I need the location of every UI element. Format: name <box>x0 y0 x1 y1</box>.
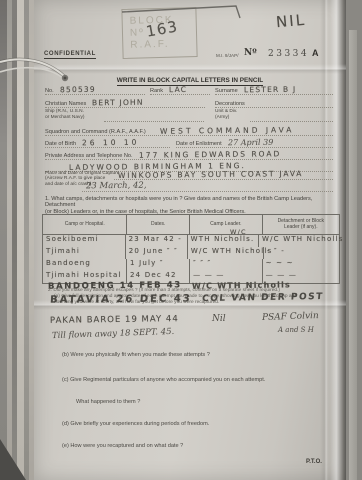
document-photo: BLOCK Nº R.A.F. 163 NIL CONFIDENTIAL M.I… <box>0 0 362 480</box>
question-2e: (e) How were you recaptured and on what … <box>62 443 183 449</box>
pencil-bracket-mark <box>118 0 258 22</box>
field-value-handwritten: LAC <box>169 85 187 94</box>
page-edge <box>349 30 357 480</box>
field-label-line: or Merchant Navy) <box>45 115 84 121</box>
col-header-text: Camp or Hospital. <box>65 222 105 228</box>
table-row: Bandoeng 1 July ″ ″ ″ ″ ~ ~ ~ <box>43 259 339 271</box>
field-value-handwritten: 177 KING EDWARDS ROAD <box>139 149 281 159</box>
cell-camp: Bandoeng <box>43 259 127 271</box>
field-private-address: Private Address and Telephone No. 177 KI… <box>45 148 333 160</box>
cell-camp-leader: W/C WTH Nicholls <box>188 247 264 259</box>
field-unit-label: Unit & Div. (Army) <box>215 109 237 120</box>
field-label: Private Address and Telephone No. <box>45 153 133 159</box>
field-label: Rank <box>150 88 163 94</box>
field-label-line: Unit & Div. <box>215 109 237 115</box>
field-rank: Rank LAC <box>150 83 210 95</box>
handwritten-leader-name: PSAF Colvin <box>262 311 319 323</box>
field-value-handwritten: WINKOOPS BAY SOUTH COAST JAVA <box>118 169 303 180</box>
field-date-of-birth: Date of Birth 26 10 10 <box>45 136 170 148</box>
field-label: Decorations <box>215 101 245 107</box>
table-row: Soekiboemi 23 Mar 42 - WTH Nicholls. W/C… <box>43 235 339 247</box>
question-1-line1: 1. What camps, detachments or hospitals … <box>45 196 337 209</box>
cell-dates: 23 Mar 42 - <box>126 235 188 247</box>
field-surname: Surname LESTER B J <box>215 83 333 95</box>
field-label: Christian Names <box>45 101 86 107</box>
field-value-handwritten: 27 April 39 <box>228 138 273 147</box>
cell-camp-leader: ″ ″ ″ <box>190 259 263 271</box>
handwritten-nil-note: NIL <box>275 11 306 32</box>
ref-number: 23334 <box>268 49 309 59</box>
cell-camp-leader: WTH Nicholls. <box>188 235 259 247</box>
question-2d: (d) Give briefly your experiences during… <box>62 421 209 427</box>
handwritten-wc-note: W/C <box>230 228 247 236</box>
field-value-handwritten: LESTER B J <box>244 85 296 95</box>
cell-dates: 1 July ″ <box>127 259 190 271</box>
handwritten-flown-away: Till flown away 18 SEPT. 45. <box>52 327 175 341</box>
field-value-handwritten: WEST COMMAND JAVA <box>160 125 294 135</box>
stamp-line: Nº <box>130 27 145 39</box>
col-header-camp-leader: Camp Leader. <box>190 215 263 234</box>
cell-detachment-leader: - ″ - <box>264 247 339 259</box>
field-capture-value2: 23 March, 42, <box>82 180 333 192</box>
col-header-detachment-leader: Detachment or Block Leader (if any). <box>263 215 339 234</box>
field-value-handwritten: 26 10 10 <box>82 138 139 148</box>
col-header-camp: Camp or Hospital. <box>43 215 127 234</box>
field-label: Surname <box>215 88 238 94</box>
handwritten-overflow-line2: BATAVIA 26 DEC 43 <box>50 293 192 305</box>
field-value-handwritten: 23 March, 42, <box>86 181 147 192</box>
field-unit-line <box>250 110 333 122</box>
question-2c-followup: What happened to them ? <box>76 399 140 405</box>
field-label-line: Ship (R.N., U.S.N. <box>45 109 84 115</box>
camp-table-header-row: Camp or Hospital. Dates. Camp Leader. De… <box>43 215 339 235</box>
pto-marking: P.T.O. <box>306 459 322 465</box>
field-date-of-enlistment: Date of Enlistment 27 April 39 <box>176 136 333 148</box>
question-2c: (c) Give Regimental particulars of anyon… <box>62 377 265 383</box>
field-value-handwritten: BERT JOHN <box>92 98 144 108</box>
ref-no-symbol: Nº <box>244 48 257 58</box>
stamp-line: R.A.F. <box>130 39 170 52</box>
field-label: Date of Enlistment <box>176 141 222 147</box>
cell-dates: 20 June ″ ″ <box>126 247 188 259</box>
handwritten-overflow-line2b: COL VAN DER POST <box>202 292 325 304</box>
field-capture-value1: WINKOOPS BAY SOUTH COAST JAVA <box>114 168 333 180</box>
col-header-dates: Dates. <box>127 215 190 234</box>
field-label: Date of Birth <box>45 141 76 147</box>
field-ship-label: Ship (R.N., U.S.N. or Merchant Navy) <box>45 109 84 120</box>
ref-prefix: M.I. 9/JAP/ <box>216 53 238 58</box>
table-row: Tjimahi 20 June ″ ″ W/C WTH Nicholls - ″… <box>43 247 339 259</box>
cell-detachment-leader: ~ ~ ~ <box>263 259 339 271</box>
field-decorations: Decorations <box>215 96 333 108</box>
camp-table: Camp or Hospital. Dates. Camp Leader. De… <box>42 214 340 284</box>
field-label-line: (Army) <box>215 115 237 121</box>
cell-detachment-leader: W/C WTH Nicholls <box>259 235 339 247</box>
question-2b: (b) Were you physically fit when you mad… <box>62 352 210 358</box>
ref-series-letter: A <box>312 48 319 58</box>
question-1: 1. What camps, detachments or hospitals … <box>45 196 337 215</box>
handwritten-overflow-line3: PAKAN BAROE 19 MAY 44 <box>50 314 179 326</box>
col-header-text: Dates. <box>151 222 165 228</box>
field-squadron: Squadron and Command (R.A.F., A.A.F.) WE… <box>45 124 333 136</box>
cell-camp: Soekiboemi <box>43 235 126 247</box>
field-ship-line <box>104 110 204 122</box>
cell-camp: Tjimahi <box>43 247 126 259</box>
field-label: Squadron and Command (R.A.F., A.A.F.) <box>45 129 146 135</box>
binding-string <box>0 38 95 98</box>
col-header-text: Leader (if any). <box>284 225 318 231</box>
handwritten-regiment: A and S H <box>278 326 314 334</box>
handwritten-nil-value: Nil <box>212 314 226 324</box>
col-header-text: Camp Leader. <box>210 222 241 228</box>
